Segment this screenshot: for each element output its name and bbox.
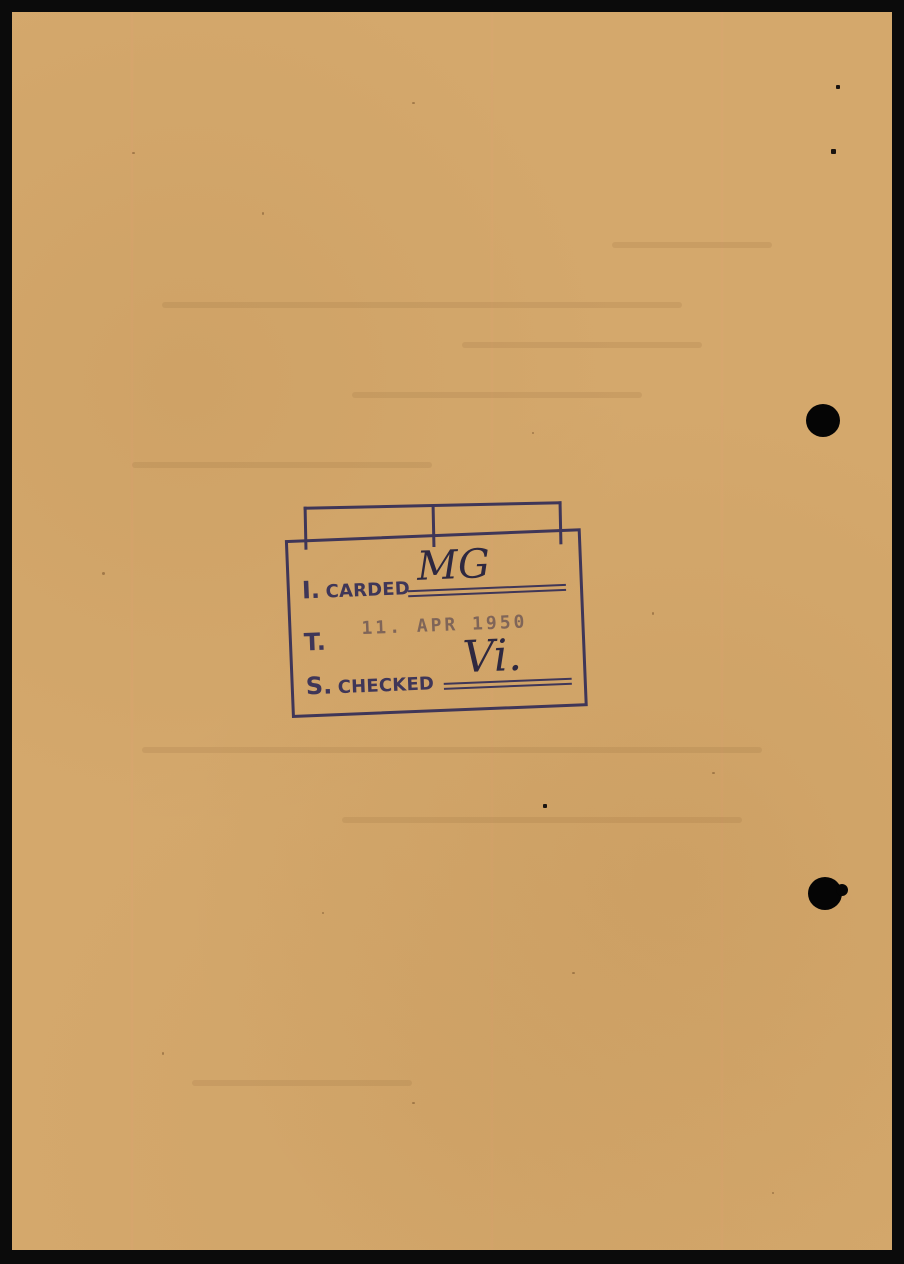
punch-hole-upper <box>806 404 840 437</box>
bleed-through-text <box>612 242 772 248</box>
bleed-through-text <box>462 342 702 348</box>
bleed-through-text <box>192 1080 412 1086</box>
bleed-through-text <box>352 392 642 398</box>
stamp-row-checked: S. CHECKED <box>305 667 434 700</box>
bleed-through-text <box>162 302 682 308</box>
bleed-through-text <box>132 462 432 468</box>
stamp-box: I. CARDED MG T. 11. APR 1950 S. CHECKED … <box>285 528 588 718</box>
stamp-row-carded: I. CARDED <box>301 572 410 604</box>
stamp-row-date: T. <box>303 628 326 657</box>
bleed-through-text <box>342 817 742 823</box>
registry-stamp: I. CARDED MG T. 11. APR 1950 S. CHECKED … <box>290 500 595 725</box>
carded-signature: MG <box>416 541 491 590</box>
punch-hole-lower-notch <box>836 884 848 896</box>
bleed-through-text <box>142 747 762 753</box>
checked-signature: Vi. <box>462 630 523 683</box>
